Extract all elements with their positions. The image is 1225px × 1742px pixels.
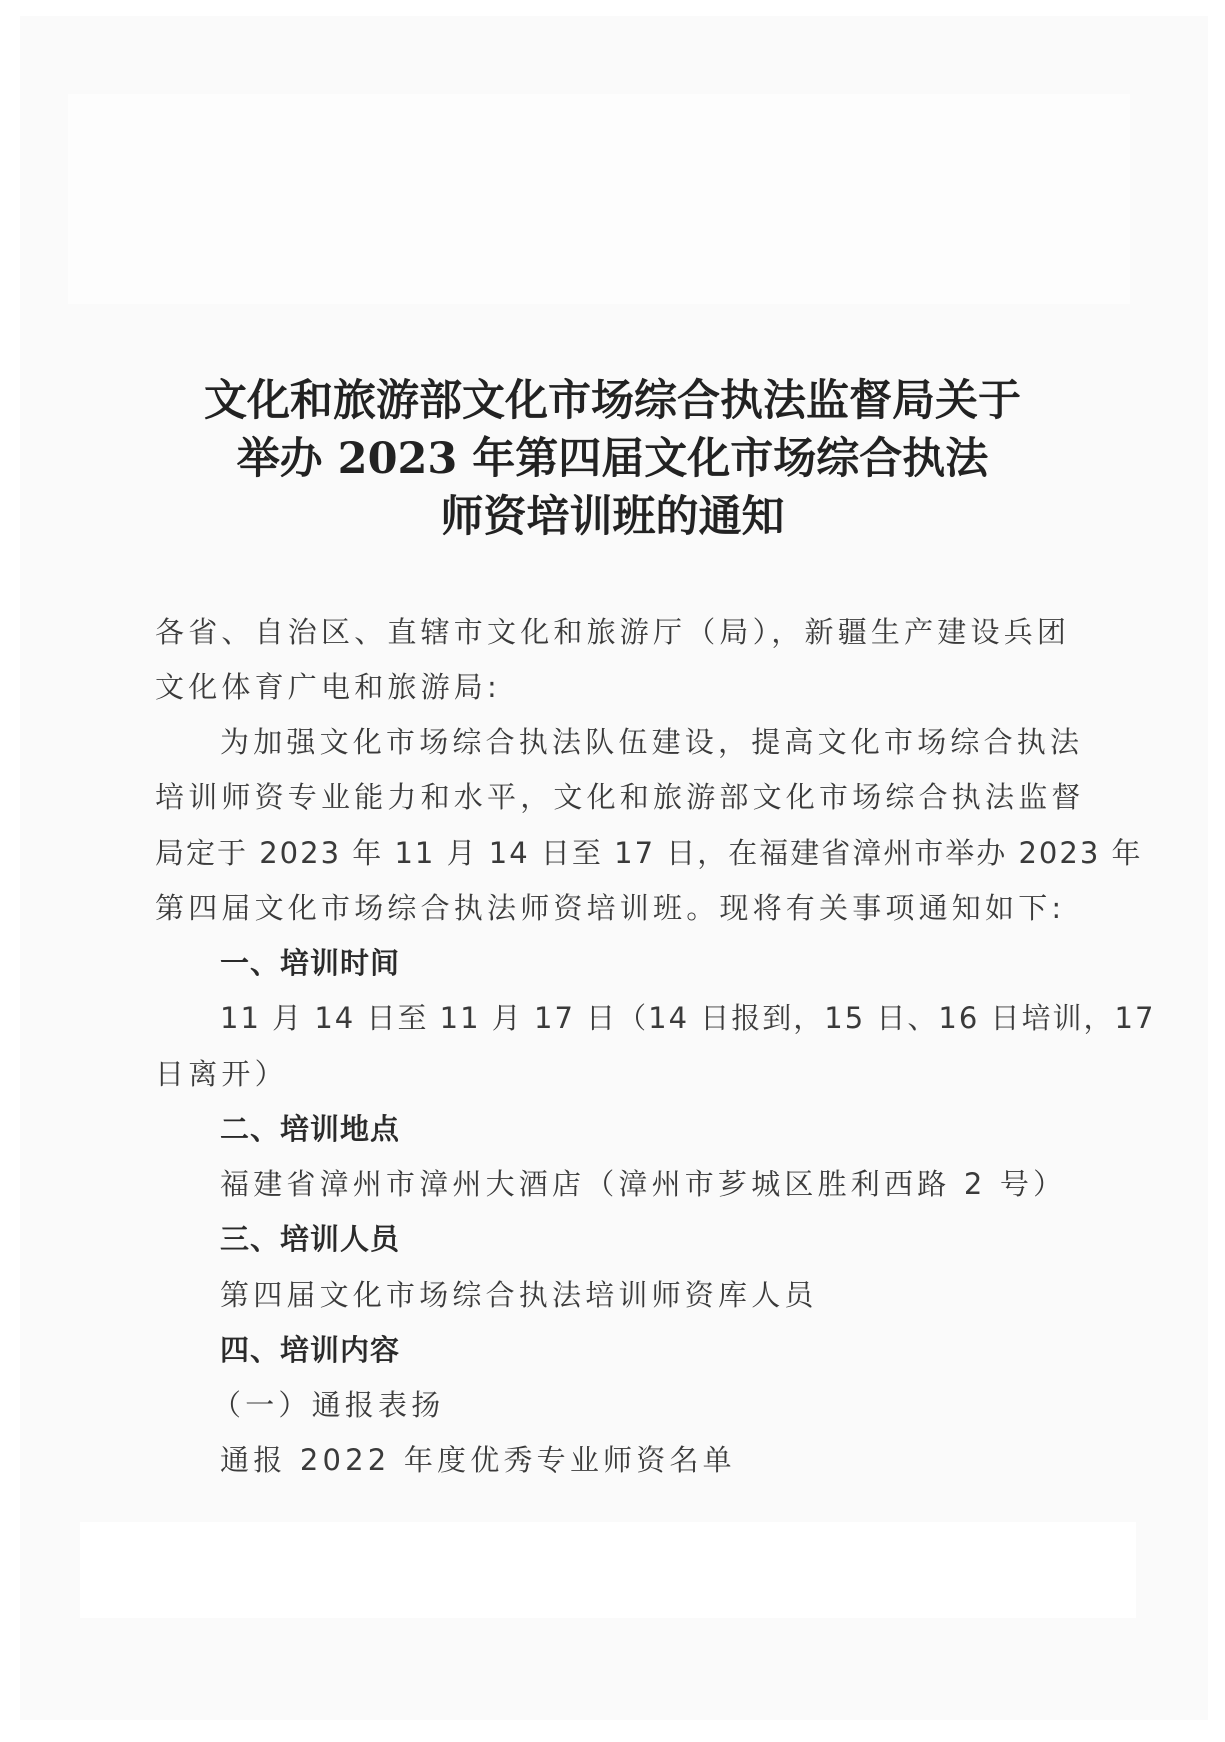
section-heading-time: 一、培训时间 <box>220 945 400 981</box>
section-time-line-1: 11 月 14 日至 11 月 17 日（14 日报到，15 日、16 日培训，… <box>220 1000 1155 1036</box>
intro-line-4: 第四届文化市场综合执法师资培训班。现将有关事项通知如下: <box>155 890 1065 926</box>
intro-line-1: 为加强文化市场综合执法队伍建设，提高文化市场综合执法 <box>220 724 1083 760</box>
title-line-1: 文化和旅游部文化市场综合执法监督局关于 <box>120 372 1105 430</box>
intro-line-2: 培训师资专业能力和水平，文化和旅游部文化市场综合执法监督 <box>155 779 1085 815</box>
section-participants-line: 第四届文化市场综合执法培训师资库人员 <box>220 1277 818 1313</box>
salutation-line-1: 各省、自治区、直辖市文化和旅游厅（局），新疆生产建设兵团 <box>155 614 1070 650</box>
title-line-3: 师资培训班的通知 <box>120 488 1105 546</box>
intro-line-3: 局定于 2023 年 11 月 14 日至 17 日，在福建省漳州市举办 202… <box>155 835 1143 871</box>
title-line-2: 举办 2023 年第四届文化市场综合执法 <box>120 430 1105 488</box>
section-heading-content: 四、培训内容 <box>220 1332 400 1368</box>
section-content-line: 通报 2022 年度优秀专业师资名单 <box>220 1442 736 1478</box>
document-title: 文化和旅游部文化市场综合执法监督局关于 举办 2023 年第四届文化市场综合执法… <box>120 372 1105 546</box>
section-time-line-2: 日离开） <box>155 1056 288 1092</box>
section-heading-participants: 三、培训人员 <box>220 1221 400 1257</box>
blank-header-area <box>68 94 1130 304</box>
blank-footer-area <box>80 1522 1136 1618</box>
section-content-subheading: （一）通报表扬 <box>212 1387 444 1423</box>
salutation-line-2: 文化体育广电和旅游局: <box>155 669 501 705</box>
section-heading-location: 二、培训地点 <box>220 1111 400 1147</box>
section-location-line: 福建省漳州市漳州大酒店（漳州市芗城区胜利西路 2 号） <box>220 1166 1066 1202</box>
